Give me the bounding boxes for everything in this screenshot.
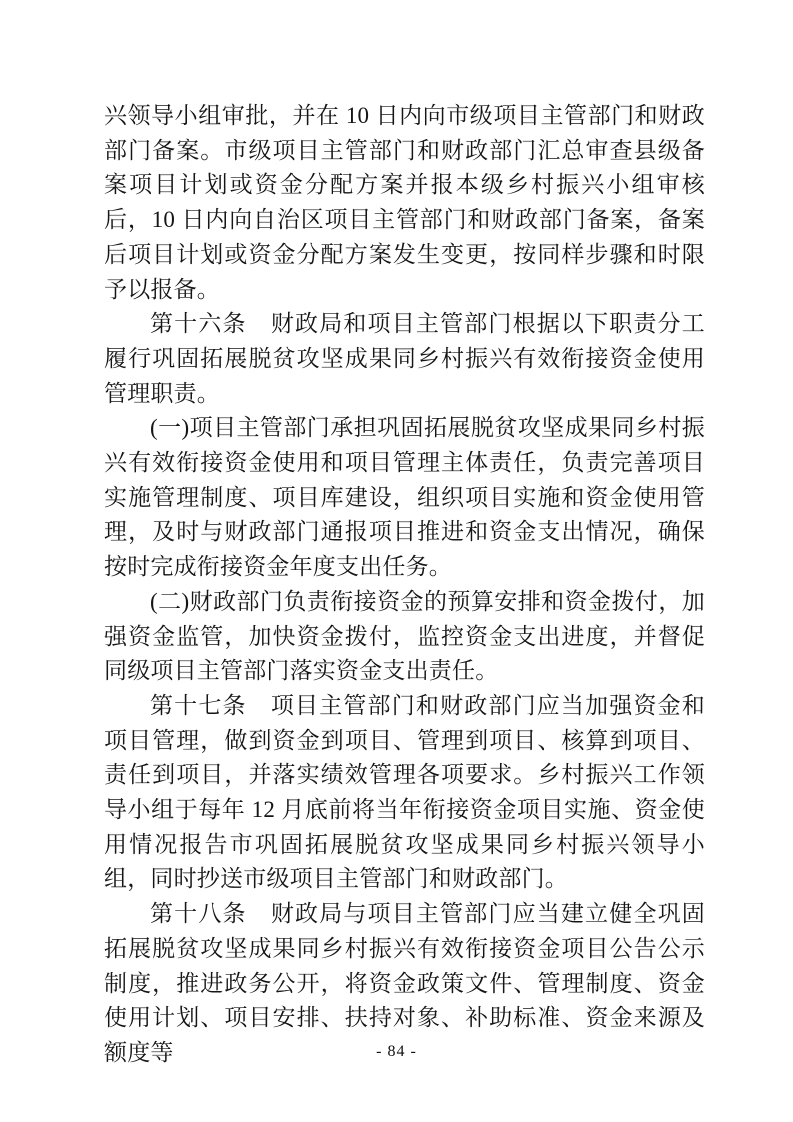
paragraph-item-1: (一)项目主管部门承担巩固拓展脱贫攻坚成果同乡村振兴有效衔接资金使用和项目管理主… [104, 411, 705, 585]
document-body: 兴领导小组审批，并在 10 日内向市级项目主管部门和财政部门备案。市级项目主管部… [104, 99, 705, 1071]
page-number: - 84 - [376, 1043, 417, 1060]
paragraph-continuation: 兴领导小组审批，并在 10 日内向市级项目主管部门和财政部门备案。市级项目主管部… [104, 99, 705, 307]
page-footer: - 84 - [0, 1043, 793, 1061]
paragraph-article-16: 第十六条 财政局和项目主管部门根据以下职责分工履行巩固拓展脱贫攻坚成果同乡村振兴… [104, 307, 705, 411]
document-page: 兴领导小组审批，并在 10 日内向市级项目主管部门和财政部门备案。市级项目主管部… [0, 0, 793, 1122]
paragraph-article-17: 第十七条 项目主管部门和财政部门应当加强资金和项目管理，做到资金到项目、管理到项… [104, 689, 705, 897]
paragraph-item-2: (二)财政部门负责衔接资金的预算安排和资金拨付，加强资金监管，加快资金拨付，监控… [104, 585, 705, 689]
